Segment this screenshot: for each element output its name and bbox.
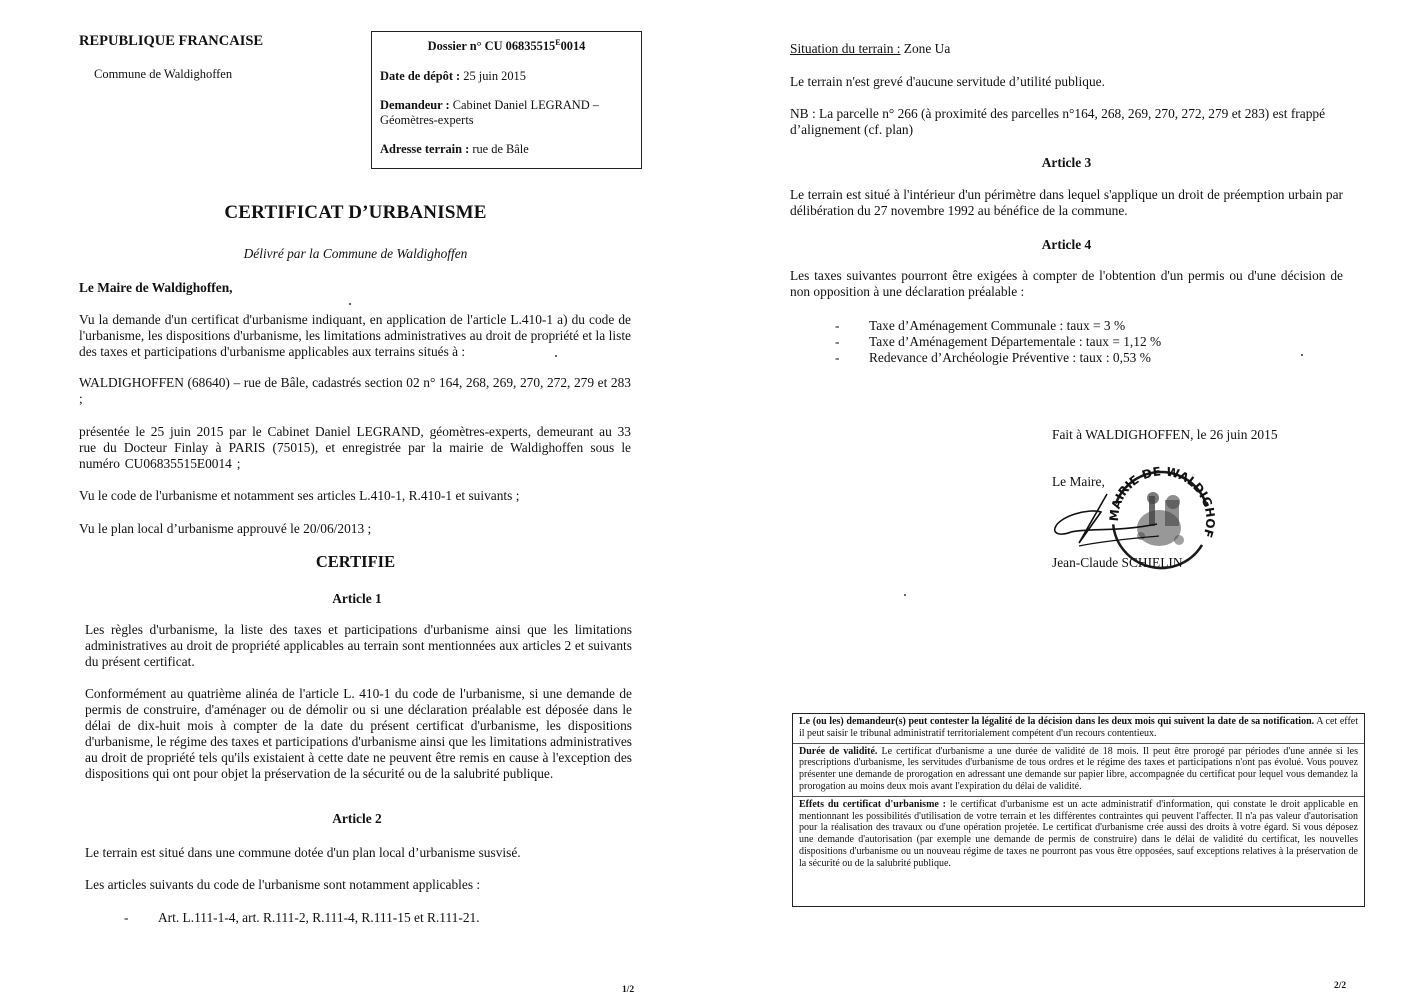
page-1: REPUBLIQUE FRANCAISE Commune de Waldigho… <box>0 0 711 1000</box>
adresse-terrain: Adresse terrain : rue de Bâle <box>380 142 633 157</box>
notice-divider <box>793 796 1364 797</box>
signature-icon <box>1049 488 1159 548</box>
tax-item: -Redevance d’Archéologie Préventive : ta… <box>835 350 1161 366</box>
nb-alignement: NB : La parcelle n° 266 (à proximité des… <box>790 106 1343 138</box>
page-number: 2/2 <box>1334 978 1346 994</box>
dossier-number: Dossier n° CU 06835515E0014 <box>380 36 633 54</box>
situation-terrain: Situation du terrain : Zone Ua <box>790 41 1343 57</box>
article-2-heading: Article 2 <box>0 811 714 827</box>
article-3-paragraph: Le terrain est situé à l'intérieur d'un … <box>790 187 1343 219</box>
paragraph-presentee: présentée le 25 juin 2015 par le Cabinet… <box>79 424 631 472</box>
article-1-paragraph-2: Conformément au quatrième alinéa de l'ar… <box>85 686 632 782</box>
article-1-paragraph-1: Les règles d'urbanisme, la liste des tax… <box>85 622 632 670</box>
legal-notice-box: Le (ou les) demandeur(s) peut contester … <box>792 713 1365 907</box>
date-depot: Date de dépôt : 25 juin 2015 <box>380 69 633 84</box>
document-title: CERTIFICAT D’URBANISME <box>0 205 711 221</box>
article-2-paragraph-1: Le terrain est situé dans une commune do… <box>85 845 632 861</box>
article-3-heading: Article 3 <box>711 155 1422 171</box>
paragraph-terrain-address: WALDIGHOFFEN (68640) – rue de Bâle, cada… <box>79 375 631 407</box>
dossier-info-box: Dossier n° CU 06835515E0014 Date de dépô… <box>371 31 642 169</box>
tax-item: -Taxe d’Aménagement Communale : taux = 3… <box>835 318 1161 334</box>
notice-divider <box>793 743 1364 744</box>
article-4-heading: Article 4 <box>711 237 1422 253</box>
page-2: Situation du terrain : Zone Ua Le terrai… <box>711 0 1422 1000</box>
page-number: 1/2 <box>622 982 634 998</box>
servitude-text: Le terrain n'est grevé d'aucune servitud… <box>790 74 1343 90</box>
scan-speck <box>349 303 351 305</box>
article-2-list-item: - Art. L.111-1-4, art. R.111-2, R.111-4,… <box>124 910 480 926</box>
notice-validite: Durée de validité. Le certificat d'urban… <box>799 746 1358 793</box>
document-subtitle: Délivré par la Commune de Waldighoffen <box>0 246 711 262</box>
paragraph-vu-demande: Vu la demande d'un certificat d'urbanism… <box>79 312 631 360</box>
notice-effets: Effets du certificat d'urbanisme : le ce… <box>799 799 1358 870</box>
tax-list: -Taxe d’Aménagement Communale : taux = 3… <box>835 318 1161 366</box>
maire-heading: Le Maire de Waldighoffen, <box>79 280 233 296</box>
fait-a-date: Fait à WALDIGHOFFEN, le 26 juin 2015 <box>1052 427 1278 443</box>
paragraph-vu-plu: Vu le plan local d’urbanisme approuvé le… <box>79 521 631 537</box>
demandeur: Demandeur : Cabinet Daniel LEGRAND –Géom… <box>380 98 633 127</box>
article-4-paragraph: Les taxes suivantes pourront être exigée… <box>790 268 1343 300</box>
commune-name: Commune de Waldighoffen <box>94 66 232 82</box>
maire-name: Jean-Claude SCHIELIN <box>1052 555 1183 571</box>
certifie-heading: CERTIFIE <box>0 554 711 570</box>
scan-speck <box>904 594 906 596</box>
paragraph-vu-code: Vu le code de l'urbanisme et notamment s… <box>79 488 631 504</box>
scan-speck <box>1301 354 1303 356</box>
notice-recours: Le (ou les) demandeur(s) peut contester … <box>799 716 1358 740</box>
tax-item: -Taxe d’Aménagement Départementale : tau… <box>835 334 1161 350</box>
article-1-heading: Article 1 <box>0 591 714 607</box>
republique-header: REPUBLIQUE FRANCAISE <box>79 33 263 49</box>
article-2-paragraph-2: Les articles suivants du code de l'urban… <box>85 877 632 893</box>
list-dash: - <box>124 910 158 926</box>
